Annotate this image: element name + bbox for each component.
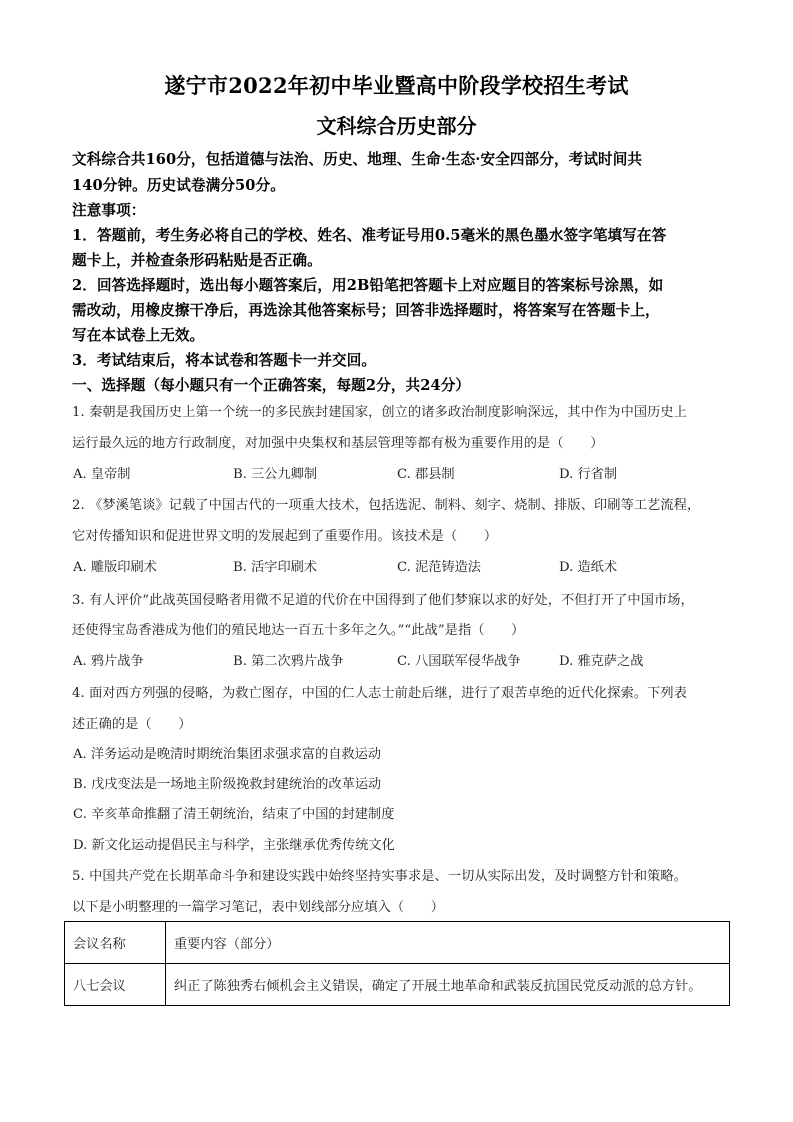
- exam-subtitle: 文科综合历史部分: [0, 110, 793, 139]
- table-header-meeting: 会议名称: [65, 922, 166, 964]
- question-5-line-2: 以下是小明整理的一篇学习笔记，表中划线部分应填入（ ）: [72, 896, 444, 915]
- table-cell-meeting: 八七会议: [65, 964, 166, 1006]
- table-row: 八七会议 纠正了陈独秀右倾机会主义错误，确定了开展土地革命和武装反抗国民党反动派…: [65, 964, 730, 1006]
- question-1-option-a: A. 皇帝制: [73, 463, 130, 482]
- question-4-line-1: 4. 面对西方列强的侵略，为救亡图存，中国的仁人志士前赴后继，进行了艰苦卓绝的近…: [72, 682, 687, 701]
- question-2-option-c: C. 泥范铸造法: [397, 556, 481, 575]
- question-4-option-d: D. 新文化运动提倡民主与科学，主张继承优秀传统文化: [73, 834, 395, 853]
- table-header-content: 重要内容（部分）: [166, 922, 730, 964]
- exam-title: 遂宁市2022年初中毕业暨高中阶段学校招生考试: [0, 70, 793, 100]
- question-3-option-b: B. 第二次鸦片战争: [233, 650, 343, 669]
- table-cell-content: 纠正了陈独秀右倾机会主义错误，确定了开展土地革命和武装反抗国民党反动派的总方针。: [166, 964, 730, 1006]
- question-4-line-2: 述正确的是（ ）: [72, 713, 192, 732]
- question-3-option-d: D. 雅克萨之战: [559, 650, 643, 669]
- question-1-option-d: D. 行省制: [559, 463, 617, 482]
- notice-item-1-line-2: 题卡上，并检查条形码粘贴是否正确。: [72, 249, 322, 270]
- notice-item-2-line-3: 写在本试卷上无效。: [72, 324, 204, 345]
- notice-item-2-line-1: 2．回答选择题时，选出每小题答案后，用2B铅笔把答题卡上对应题目的答案标号涂黑，…: [72, 274, 663, 295]
- question-3-line-1: 3. 有人评价“此战英国侵略者用微不足道的代价在中国得到了他们梦寐以求的好处，不…: [72, 589, 694, 608]
- notice-heading: 注意事项：: [72, 199, 145, 220]
- question-2-option-b: B. 活字印刷术: [233, 556, 317, 575]
- question-2-option-d: D. 造纸术: [559, 556, 617, 575]
- question-3-line-2: 还使得宝岛香港成为他们的殖民地达一百五十多年之久。”“此战”是指（ ）: [72, 619, 524, 638]
- table-header-row: 会议名称 重要内容（部分）: [65, 922, 730, 964]
- intro-line-2: 140分钟。历史试卷满分50分。: [72, 174, 285, 195]
- notice-item-3-line-1: 3．考试结束后，将本试卷和答题卡一并交回。: [72, 349, 376, 370]
- question-3-option-c: C. 八国联军侵华战争: [397, 650, 521, 669]
- question-4-option-c: C. 辛亥革命推翻了清王朝统治，结束了中国的封建制度: [73, 803, 394, 822]
- question-2-option-a: A. 雕版印刷术: [73, 556, 157, 575]
- question-1-option-b: B. 三公九卿制: [233, 463, 317, 482]
- question-4-option-b: B. 戊戌变法是一场地主阶级挽救封建统治的改革运动: [73, 773, 381, 792]
- question-1-option-c: C. 郡县制: [397, 463, 455, 482]
- study-notes-table: 会议名称 重要内容（部分） 八七会议 纠正了陈独秀右倾机会主义错误，确定了开展土…: [64, 921, 730, 1006]
- question-3-option-a: A. 鸦片战争: [73, 650, 144, 669]
- question-1-line-2: 运行最久远的地方行政制度，对加强中央集权和基层管理等都有极为重要作用的是（ ）: [72, 432, 604, 451]
- exam-page: 遂宁市2022年初中毕业暨高中阶段学校招生考试 文科综合历史部分 文科综合共16…: [0, 0, 793, 1122]
- intro-line-1: 文科综合共160分，包括道德与法治、历史、地理、生命·生态·安全四部分，考试时间…: [72, 148, 642, 169]
- question-2-line-2: 它对传播知识和促进世界文明的发展起到了重要作用。该技术是（ ）: [72, 525, 497, 544]
- notice-item-1-line-1: 1．答题前，考生务必将自己的学校、姓名、准考证号用0.5毫米的黑色墨水签字笔填写…: [72, 224, 666, 245]
- section-heading: 一、选择题（每小题只有一个正确答案，每题2分，共24分）: [72, 374, 470, 395]
- question-4-option-a: A. 洋务运动是晚清时期统治集团求强求富的自救运动: [73, 743, 381, 762]
- question-1-line-1: 1. 秦朝是我国历史上第一个统一的多民族封建国家，创立的诸多政治制度影响深远，其…: [72, 401, 687, 420]
- question-5-line-1: 5. 中国共产党在长期革命斗争和建设实践中始终坚持实事求是、一切从实际出发，及时…: [72, 865, 687, 884]
- notice-item-2-line-2: 需改动，用橡皮擦干净后，再选涂其他答案标号；回答非选择题时，将答案写在答题卡上，: [72, 299, 660, 320]
- question-2-line-1: 2. 《梦溪笔谈》记载了中国古代的一项重大技术，包括选泥、制料、刻字、烧制、排版…: [72, 494, 700, 513]
